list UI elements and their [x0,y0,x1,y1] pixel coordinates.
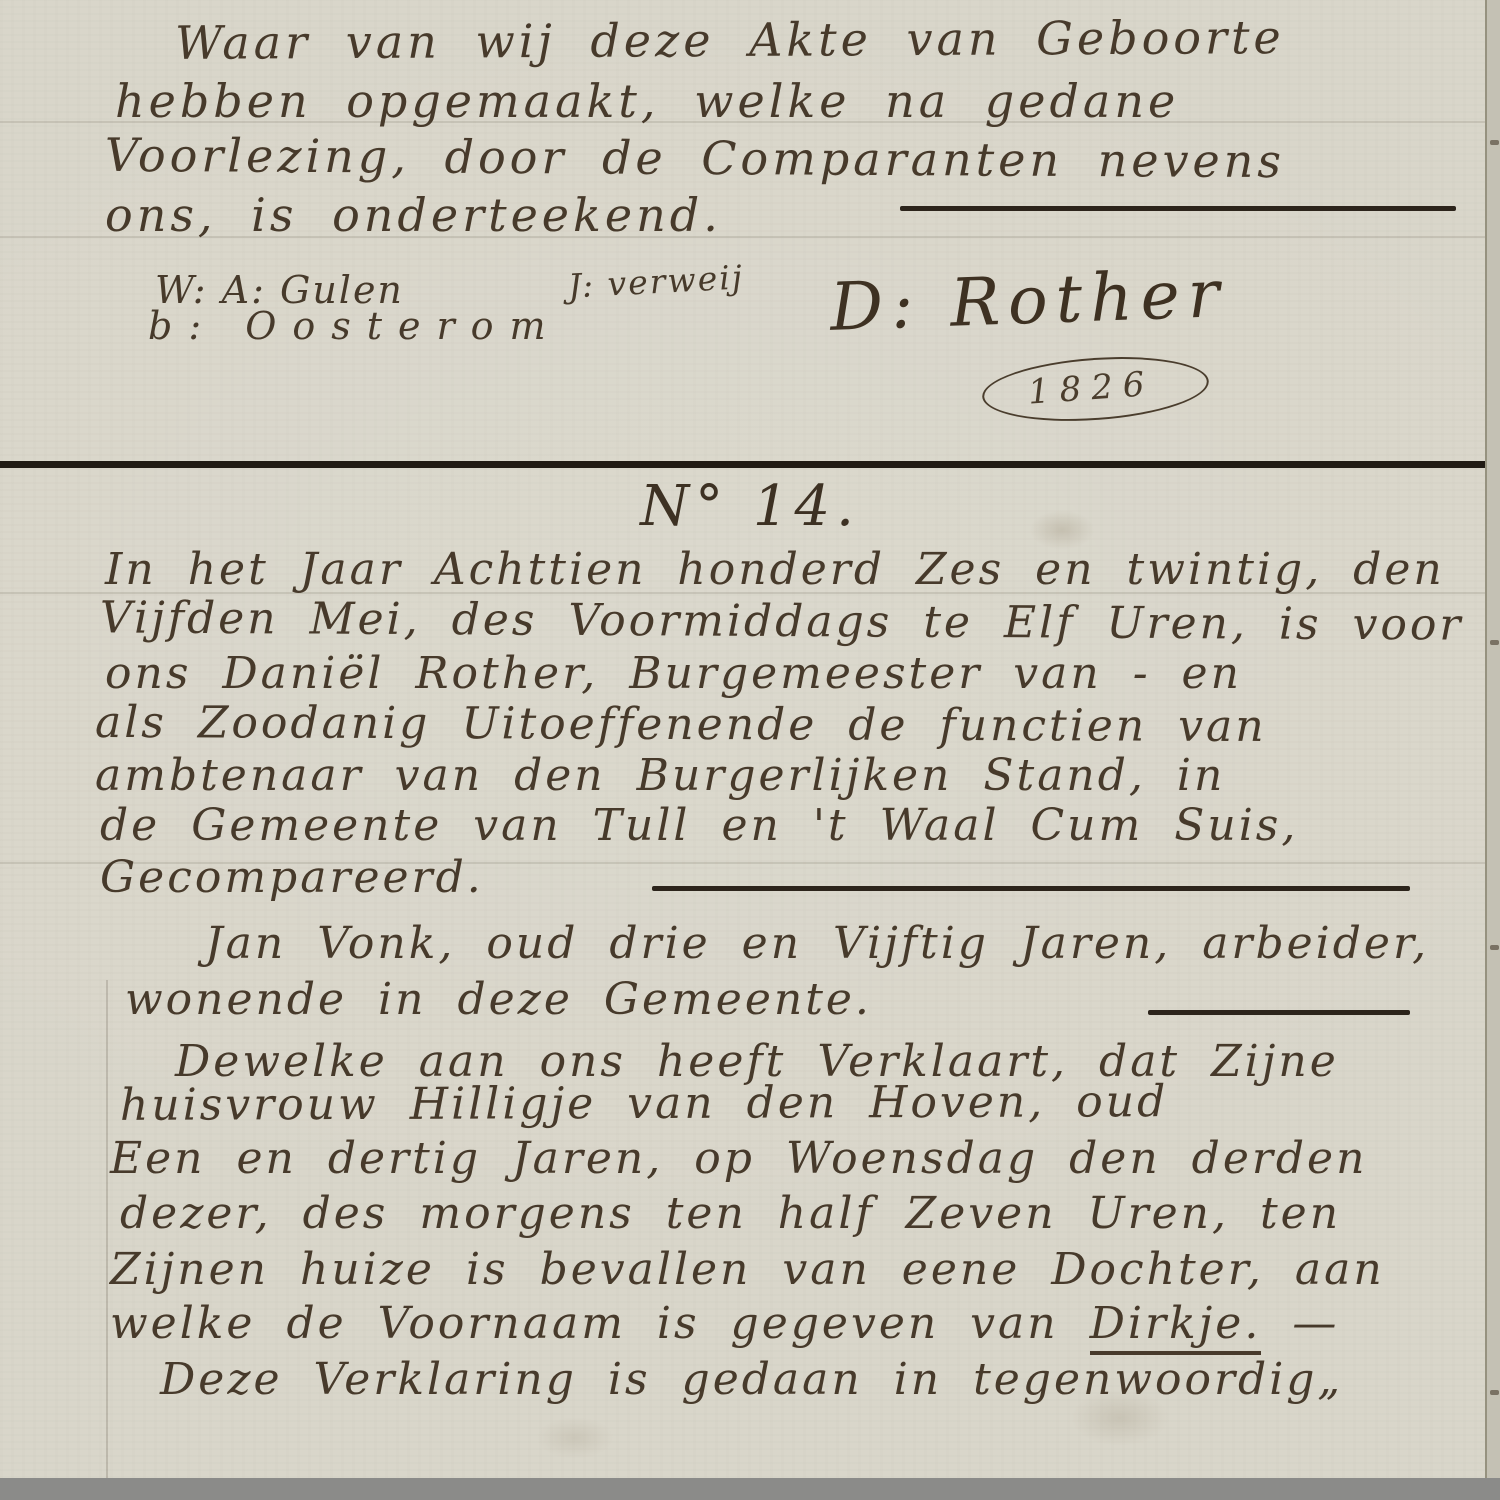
act-body-line: huisvrouw Hilligje van den Hoven, oud [120,1078,1168,1130]
act-divider-line [0,461,1500,468]
act-body-line: Zijnen huize is bevallen van eene Dochte… [110,1246,1385,1294]
closing-paragraph-line: hebben opgemaakt, welke na gedane [115,76,1179,127]
act-body-line: wonende in deze Gemeente. [125,976,872,1024]
document-page: Waar van wij deze Akte van Geboorte hebb… [0,0,1500,1478]
photo-background: Waar van wij deze Akte van Geboorte hebb… [0,0,1500,1500]
act-body-line: dezer, des morgens ten half Zeven Uren, … [120,1190,1341,1238]
edge-ink-fragment [1490,1390,1499,1395]
closing-paragraph-line: Waar van wij deze Akte van Geboorte [175,12,1285,68]
edge-ink-fragment [1490,640,1499,645]
act-number: N° 14. [640,474,860,539]
act-name-line: welke de Voornaam is gegeven van Dirkje.… [110,1300,1339,1348]
act-body-line: Vijfden Mei, des Voormiddags te Elf Uren… [100,594,1464,650]
witness-signature-3: b: Oosterom [148,306,562,348]
child-first-name: Dirkje. [1090,1298,1262,1355]
filler-rule [1148,1010,1410,1015]
name-line-suffix: — [1261,1298,1339,1349]
act-body-line: Een en dertig Jaren, op Woensdag den der… [110,1135,1367,1183]
act-body-line: Jan Vonk, oud drie en Vijftig Jaren, arb… [205,920,1429,968]
act-body-line: de Gemeente van Tull en 't Waal Cum Suis… [100,802,1298,850]
act-body-line: als Zoodanig Uitoeffenende de functien v… [95,699,1267,751]
signature-year: 1826 [980,350,1210,428]
closing-paragraph-line: ons, is onderteekend. [105,190,722,241]
filler-rule [900,206,1456,211]
act-closing-line: Deze Verklaring is gedaan in tegenwoordi… [160,1356,1343,1404]
official-signature: D: Rother [829,255,1229,346]
act-body-line: ons Daniël Rother, Burgemeester van - en [105,650,1242,698]
edge-ink-fragment [1490,945,1499,950]
act-body-line: In het Jaar Achttien honderd Zes en twin… [105,546,1445,594]
name-line-prefix: welke de Voornaam is gegeven van [110,1298,1090,1349]
paper-crease [106,980,108,1478]
closing-paragraph-line: Voorlezing, door de Comparanten nevens [105,130,1285,187]
edge-ink-fragment [1490,140,1499,145]
act-body-line: ambtenaar van den Burgerlijken Stand, in [95,752,1225,800]
witness-signature-2: J: verweij [567,259,745,304]
act-body-line: Gecompareerd. [100,854,484,902]
filler-rule [652,886,1410,891]
page-edge [1485,0,1500,1478]
